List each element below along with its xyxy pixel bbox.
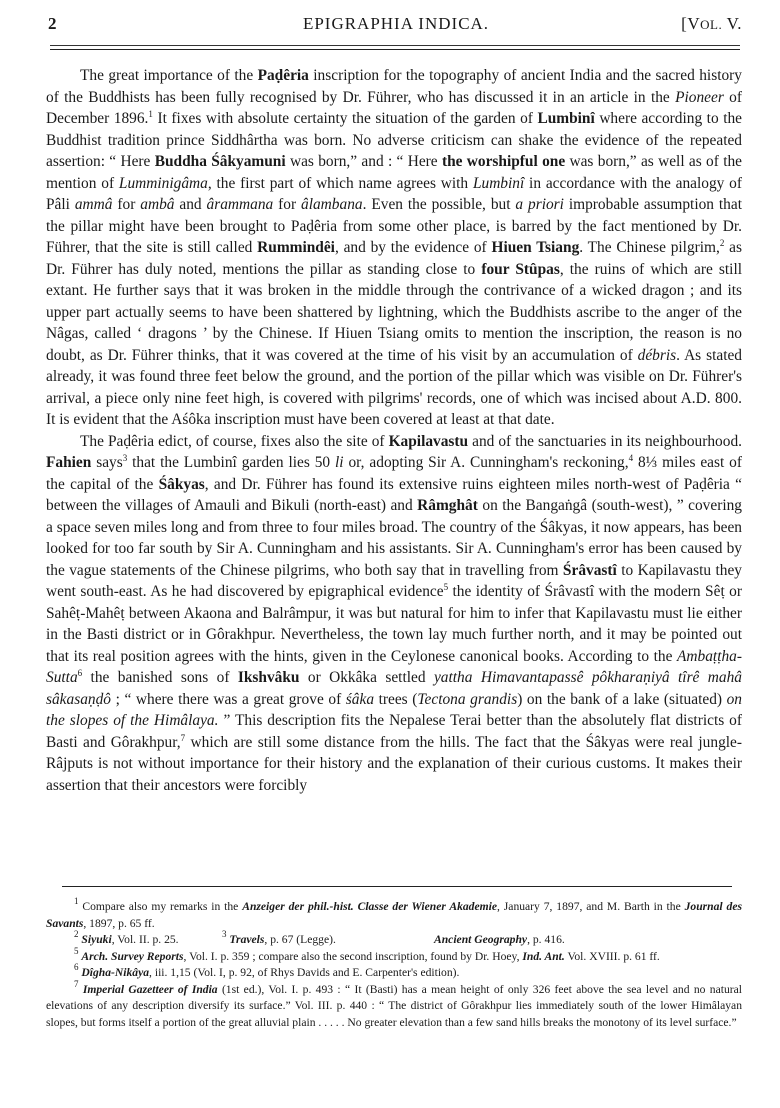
text-run: or Okkâka settled bbox=[299, 669, 433, 686]
italic-term: âlambana bbox=[301, 196, 363, 213]
bold-term: Lumbinî bbox=[537, 110, 594, 127]
bold-term: Śâkyas bbox=[159, 476, 205, 493]
main-text: The great importance of the Paḍêria insc… bbox=[46, 65, 742, 796]
bold-term: Buddha Śâkyamuni bbox=[155, 153, 286, 170]
text-run: for bbox=[273, 196, 301, 213]
footnote-7: 7 Imperial Gazetteer of India (1st ed.),… bbox=[46, 982, 742, 1032]
text-run: and of the sanctuaries in its neighbourh… bbox=[468, 433, 742, 450]
paragraph-2: The Paḍêria edict, of course, fixes also… bbox=[46, 431, 742, 797]
footnote-1: 1 Compare also my remarks in the Anzeige… bbox=[46, 899, 742, 932]
italic-term: śâka bbox=[346, 691, 374, 708]
bold-term: four Stûpas bbox=[481, 261, 560, 278]
text-run: ; “ where there was a great grove of bbox=[111, 691, 346, 708]
text-run: that the Lumbinî garden lies 50 bbox=[127, 454, 335, 471]
text-run: The great importance of the bbox=[80, 67, 258, 84]
bold-term: Kapilavastu bbox=[389, 433, 469, 450]
bold-term: the worshipful one bbox=[442, 153, 565, 170]
bold-term: Ikshvâku bbox=[238, 669, 300, 686]
italic-term: Tectona grandis bbox=[417, 691, 517, 708]
footnote-5: 5 Arch. Survey Reports, Vol. I. p. 359 ;… bbox=[46, 949, 742, 966]
bold-term: Śrâvastî bbox=[563, 562, 617, 579]
italic-term: ârammana bbox=[207, 196, 274, 213]
header-double-rule bbox=[50, 45, 740, 50]
italic-term: débris bbox=[638, 347, 676, 364]
bold-term: Paḍêria bbox=[258, 67, 309, 84]
text-run: , and by the evidence of bbox=[335, 239, 492, 256]
paragraph-1: The great importance of the Paḍêria insc… bbox=[46, 65, 742, 431]
italic-term: a priori bbox=[515, 196, 564, 213]
italic-term: li bbox=[335, 454, 344, 471]
text-run: , the first part of which name agrees wi… bbox=[208, 175, 473, 192]
text-run: ) on the bank of a lake (situated) bbox=[517, 691, 726, 708]
text-run: and bbox=[174, 196, 206, 213]
text-run: the banished sons of bbox=[82, 669, 238, 686]
text-run: says bbox=[91, 454, 122, 471]
footnotes-2-4-row: 2 Siyuki, Vol. II. p. 25. 3 Travels, p. … bbox=[46, 932, 742, 949]
footnote-4: Ancient Geography, p. 416. bbox=[434, 932, 565, 949]
volume-label: [VOL. V. bbox=[681, 14, 742, 34]
bold-term: Rummindêi bbox=[257, 239, 335, 256]
italic-term: Lumminigâma bbox=[119, 175, 208, 192]
italic-term: ambâ bbox=[140, 196, 174, 213]
text-run: . The Chinese pilgrim, bbox=[579, 239, 720, 256]
italic-term: Lumbinî bbox=[473, 175, 524, 192]
text-run: . Even the possible, but bbox=[363, 196, 516, 213]
footnotes: 1 Compare also my remarks in the Anzeige… bbox=[46, 899, 742, 1031]
footnote-rule bbox=[62, 886, 732, 887]
text-run: for bbox=[112, 196, 140, 213]
running-title: EPIGRAPHIA INDICA. bbox=[46, 14, 746, 34]
bold-term: Râmghât bbox=[417, 497, 478, 514]
footnote-2: 2 Siyuki, Vol. II. p. 25. bbox=[74, 932, 222, 949]
text-run: The Paḍêria edict, of course, fixes also… bbox=[80, 433, 389, 450]
bold-term: Hiuen Tsiang bbox=[491, 239, 579, 256]
footnote-3: 3 Travels, p. 67 (Legge). bbox=[222, 932, 434, 949]
bold-term: Fahien bbox=[46, 454, 91, 471]
text-run: or, adopting Sir A. Cunningham's reckoni… bbox=[344, 454, 629, 471]
italic-term: ammâ bbox=[75, 196, 113, 213]
document-page: 2 EPIGRAPHIA INDICA. [VOL. V. The great … bbox=[0, 0, 780, 1108]
italic-term: Pioneer bbox=[675, 89, 724, 106]
text-run: It fixes with absolute certainty the sit… bbox=[153, 110, 538, 127]
footnote-6: 6 Dîgha-Nikâya, iii. 1,15 (Vol. I, p. 92… bbox=[46, 965, 742, 982]
running-header: 2 EPIGRAPHIA INDICA. [VOL. V. bbox=[46, 14, 746, 40]
text-run: was born,” and : “ Here bbox=[286, 153, 442, 170]
text-run: trees ( bbox=[374, 691, 417, 708]
